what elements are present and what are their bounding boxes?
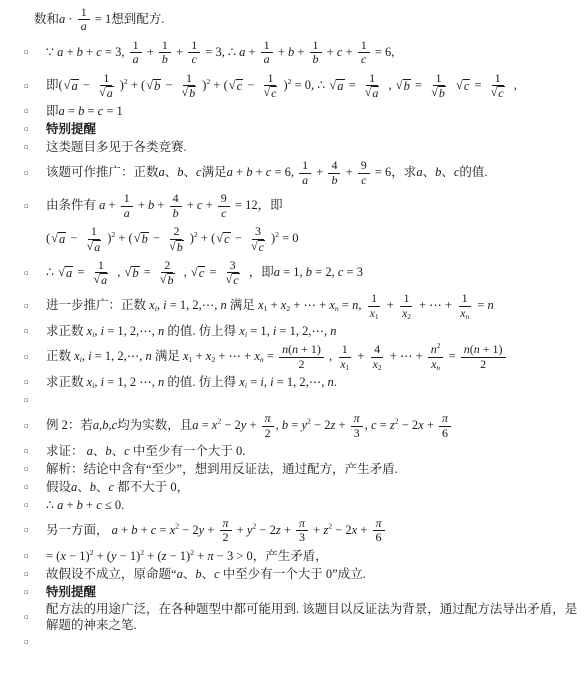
radicand: a [65, 266, 73, 281]
solve-xi-equals-i: ▫求正数 xi, i = 1, 2 ⋯, n 的值. 仿上得 xi = i, i… [24, 374, 581, 391]
line-content: 这类题目多见于各类竞赛. [46, 140, 581, 156]
radical-sign-icon: √ [431, 86, 438, 99]
fraction: 1a [121, 192, 133, 220]
math-var: n [465, 312, 469, 321]
fraction: 3√c [247, 225, 269, 254]
numerator: 1 [121, 192, 133, 206]
text-run: = [198, 418, 211, 432]
radicand: c [258, 240, 265, 254]
denominator: a [261, 53, 273, 66]
sqrt: √c [191, 266, 205, 281]
empty-line: ▫ [24, 392, 581, 409]
text-run: = [377, 418, 390, 432]
text-run: = [247, 375, 260, 389]
numerator: 1 [95, 259, 107, 273]
math-var: c [259, 240, 264, 254]
numerator: π [373, 517, 385, 531]
numerator: 1 [264, 72, 276, 86]
fraction: 9c [218, 192, 230, 220]
radical-sign-icon: √ [329, 79, 336, 92]
text-run: , [181, 265, 190, 279]
numerator: 1 [100, 72, 112, 86]
denominator: x1 [367, 307, 382, 320]
denominator: √a [361, 86, 384, 100]
line-content: 数和a · 1a = 1想到配方. [34, 6, 581, 34]
math-var: π [354, 411, 360, 425]
math-var: a [107, 86, 113, 100]
denominator: x2 [370, 358, 385, 371]
denominator: xn [457, 307, 472, 320]
radical-sign-icon: √ [124, 266, 131, 279]
numerator: n2 [428, 343, 444, 357]
text-run: + ( [144, 549, 161, 563]
radical-sign-icon: √ [226, 273, 233, 286]
small-square-bullet-icon: ▫ [24, 83, 46, 90]
small-square-bullet-icon: ▫ [24, 527, 46, 534]
text-run: + [135, 198, 148, 212]
numerator: 1 [188, 39, 200, 53]
text-run: 求正数 [46, 375, 87, 389]
line-content: 求正数 xi, i = 1, 2,⋯, n 的值. 仿上得 xi = 1, i … [46, 324, 581, 340]
radical-sign-icon: √ [251, 240, 258, 253]
text-run: + ( [115, 231, 132, 245]
denominator: √b [165, 240, 188, 254]
fraction: 1a [299, 159, 311, 187]
denominator: 3 [351, 427, 363, 440]
text-run: − 1) [117, 549, 141, 563]
math-var: a [101, 273, 107, 287]
sqrt: √c [491, 86, 505, 100]
math-var: b [313, 52, 319, 66]
text-run: + [310, 523, 323, 537]
radicand: c [223, 232, 231, 247]
sqrt: √b [146, 79, 161, 94]
proof-step-sum: ▫∵ a + b + c = 3, 1a + 1b + 1c = 3, ∴ a … [24, 37, 581, 69]
derivation-conclusion: ▫∴ √a = 1√a , √b = 2√b , √c = 3√c ，即a = … [24, 257, 581, 290]
text-run: 另一方面， [46, 523, 112, 537]
text-run: + [202, 198, 215, 212]
fraction: 4b [328, 159, 340, 187]
text-run: = 2, [312, 265, 338, 279]
text-run: = 1, 2,⋯, [104, 324, 158, 338]
text-run: = 1, 2,⋯, [167, 298, 221, 312]
text-run: 的值. 仿上得 [164, 375, 239, 389]
text-run: + [267, 298, 280, 312]
numerator: 1 [433, 72, 445, 86]
text-run: = [264, 349, 277, 363]
math-var: b [142, 232, 148, 246]
fraction: 1a [261, 39, 273, 67]
small-square-bullet-icon: ▫ [24, 484, 46, 491]
sqrt: √b [169, 240, 184, 254]
sqrt: √a [87, 240, 102, 254]
text-run: ( [46, 231, 50, 245]
text-run: + [194, 549, 207, 563]
text-run: . [334, 375, 337, 389]
numerator: 1 [492, 72, 504, 86]
text-run: − 2 [221, 418, 241, 432]
math-var: π [265, 411, 271, 425]
text-run: 、 [184, 165, 197, 179]
text-run: = [445, 349, 458, 363]
numerator: 1 [183, 72, 195, 86]
radical-sign-icon: √ [58, 266, 65, 279]
denominator: a [78, 20, 90, 33]
text-run: 2 [164, 258, 170, 272]
radicand: c [236, 79, 244, 94]
numerator: π [296, 517, 308, 531]
math-var: a [66, 266, 72, 280]
denominator: a [121, 207, 133, 220]
text-run: = 0, ∴ [291, 78, 328, 92]
fraction: n(n + 1)2 [279, 343, 324, 371]
text-run: , [511, 78, 517, 92]
text-run: + [83, 45, 96, 59]
line-content: ∴ a + b + c ≤ 0. [46, 498, 581, 514]
text-run: − [150, 231, 163, 245]
text-run: = ( [46, 549, 60, 563]
text-run: = [156, 523, 169, 537]
math-var: a [372, 86, 378, 100]
text-run: − [67, 231, 80, 245]
text-run: + [105, 198, 118, 212]
text-run: 1 [436, 71, 442, 85]
sqrt: √c [229, 79, 243, 94]
text-run: + [233, 165, 246, 179]
text-run: 、 [441, 165, 454, 179]
denominator: b [170, 207, 182, 220]
fraction: π6 [373, 517, 385, 545]
text-run: + [63, 45, 76, 59]
text-run: 即( [46, 78, 63, 92]
line-content: 配方法的用途广泛，在各种题型中都可能用到. 该题目以反证法为背景，通过配方法导出… [46, 602, 581, 633]
denominator: b [310, 53, 322, 66]
derivation-condition: ▫由条件有 a + 1a + b + 4b + c + 9c = 12，即 [24, 190, 581, 222]
text-run: − [80, 78, 93, 92]
text-run: − 2 [332, 523, 352, 537]
text-run: + ⋯ + [387, 349, 426, 363]
text-run: − 1) [166, 549, 190, 563]
radical-sign-icon: √ [169, 240, 176, 253]
text-run: + [342, 165, 355, 179]
text-run: 中至少有一个大于 0”成立. [220, 567, 366, 581]
text-run: + [137, 523, 150, 537]
text-run: ，即 [246, 265, 274, 279]
math-var: c [233, 273, 238, 287]
text-run: 、 [93, 444, 106, 458]
math-var: c [361, 52, 366, 66]
text-run: + [335, 418, 348, 432]
denominator: 2 [262, 427, 274, 440]
radical-sign-icon: √ [491, 86, 498, 99]
radicand: b [131, 266, 139, 281]
text-run: 3 [255, 224, 261, 238]
text-run: = 1, 2,⋯, [276, 324, 330, 338]
line-content: 例 2：若a,b,c均为实数，且a = x2 − 2y + π2, b = y2… [46, 412, 581, 440]
fraction: 1√c [260, 72, 282, 101]
denominator: 2 [477, 358, 489, 371]
text-run: 、 [183, 567, 196, 581]
text-run: + ( [198, 231, 215, 245]
denominator: c [358, 53, 369, 66]
text-run: + [294, 45, 307, 59]
text-run: 都不大于 0， [114, 480, 189, 494]
sqrt: √a [64, 79, 79, 94]
text-run: = 1, 2 ⋯, [104, 375, 158, 389]
text-run: + [63, 498, 76, 512]
text-run: 、 [165, 165, 178, 179]
small-square-bullet-icon: ▫ [24, 270, 46, 277]
text-run: = [474, 298, 487, 312]
denominator: 6 [439, 427, 451, 440]
numerator: 1 [459, 292, 471, 306]
text-run: 1 [342, 342, 348, 356]
radical-sign-icon: √ [51, 232, 58, 245]
denominator: b [159, 53, 171, 66]
denominator: √b [156, 273, 179, 287]
math-var: b [168, 273, 174, 287]
text-run: + 1) [480, 342, 503, 356]
fraction: 1c [358, 39, 370, 67]
text-run: − [162, 78, 175, 92]
sqrt: √b [160, 273, 175, 287]
text-run: 1 [91, 224, 97, 238]
text-run: + 1) [298, 342, 321, 356]
text-run: = [412, 78, 425, 92]
line-content: 假设a、b、c 都不大于 0， [46, 480, 581, 496]
math-var: π [376, 516, 382, 530]
small-square-bullet-icon: ▫ [24, 571, 46, 578]
text-run: − [232, 231, 245, 245]
small-square-bullet-icon: ▫ [24, 328, 46, 335]
math-var: b [189, 86, 195, 100]
denominator: c [218, 207, 229, 220]
text-run: = [141, 265, 154, 279]
sqrt: √a [365, 86, 380, 100]
math-var: n [436, 363, 440, 372]
text-run: 2 [378, 363, 382, 372]
text-run: 数和 [34, 12, 59, 26]
numerator: 1 [159, 39, 171, 53]
radicand: a [93, 240, 101, 254]
fraction: 1x1 [337, 343, 352, 371]
text-run: + [424, 418, 437, 432]
text-run: ∴ [46, 498, 57, 512]
text-run: 1 [267, 71, 273, 85]
line-content: 故假设不成立，原命题“a、b、c 中至少有一个大于 0”成立. [46, 567, 581, 583]
small-square-bullet-icon: ▫ [24, 553, 46, 560]
radical-sign-icon: √ [191, 266, 198, 279]
text-run: 由条件有 [46, 198, 99, 212]
denominator: 2 [220, 531, 232, 544]
text-run: 、 [202, 567, 215, 581]
text-run: 配方法的用途广泛，在各种题型中都可能用到. 该题目以反证法为背景，通过配方法导出… [46, 602, 577, 632]
text-run: 1 [375, 312, 379, 321]
math-var: c [221, 206, 226, 220]
text-run: 均为实数，且 [117, 418, 192, 432]
numerator: 1 [366, 72, 378, 86]
proof-step-squares: ▫即(√a − 1√a)2 + (√b − 1√b)2 + (√c − 1√c)… [24, 70, 581, 103]
denominator: 6 [373, 531, 385, 544]
fraction: 1√b [178, 72, 201, 101]
text-run: − 2 [311, 418, 331, 432]
text-run: − [244, 78, 257, 92]
math-var: a [59, 232, 65, 246]
radical-sign-icon: √ [182, 86, 189, 99]
text-run: = [346, 78, 359, 92]
numerator: 9 [218, 192, 230, 206]
radical-sign-icon: √ [264, 86, 271, 99]
sqrt: √c [456, 79, 470, 94]
radical-sign-icon: √ [64, 79, 71, 92]
radicand: a [336, 79, 344, 94]
radicand: b [176, 240, 184, 254]
fraction: 1c [188, 39, 200, 67]
line-content: 进一步推广：正数 xi, i = 1, 2,⋯, n 满足 x1 + x2 + … [46, 292, 581, 320]
sqrt: √c [264, 86, 278, 100]
numerator: 1 [261, 39, 273, 53]
fraction: 1√a [95, 72, 118, 101]
small-square-bullet-icon: ▫ [24, 448, 46, 455]
sqrt: √b [182, 86, 197, 100]
sqrt: √a [329, 79, 344, 94]
text-run: = [339, 298, 352, 312]
radicand: c [198, 266, 206, 281]
math-var: b [132, 266, 138, 280]
text-run: 即 [46, 104, 59, 118]
small-square-bullet-icon: ▫ [24, 144, 46, 151]
denominator: √a [90, 273, 113, 287]
superscript: 2 [437, 341, 441, 350]
numerator: 2 [170, 225, 182, 239]
text-run: + [324, 45, 337, 59]
fraction: 1√a [361, 72, 384, 101]
text-run: ≤ 0. [102, 498, 125, 512]
text-run: 1 [81, 5, 87, 19]
text-run: + [192, 349, 205, 363]
small-square-bullet-icon: ▫ [24, 502, 46, 509]
text-run: = [74, 265, 87, 279]
text-run [452, 78, 455, 92]
math-var: a [133, 52, 139, 66]
text-run: 进一步推广：正数 [46, 298, 149, 312]
analysis: ▫解析：结论中含有“至少”，想到用反证法，通过配方，产生矛盾. [24, 461, 581, 478]
radical-sign-icon: √ [216, 232, 223, 245]
math-var: c [192, 52, 197, 66]
text-run: · [65, 12, 75, 26]
radicand: b [403, 79, 411, 94]
text-run: + ⋯ + [416, 298, 455, 312]
numerator: 2 [161, 259, 173, 273]
sqrt: √a [99, 86, 114, 100]
sqrt: √b [396, 79, 411, 94]
math-var: c [271, 86, 276, 100]
math-var: a [72, 79, 78, 93]
text-run: 2 [298, 357, 304, 371]
text-run: 求证： [46, 444, 87, 458]
radical-sign-icon: √ [396, 79, 403, 92]
text-run: + ( [128, 78, 145, 92]
math-var: n [487, 298, 493, 312]
text-run: + [184, 198, 197, 212]
text-run: = 1想到配方. [92, 12, 165, 26]
text-run: 1 [403, 291, 409, 305]
generalization-weighted: ▫正数 xi, i = 1, 2,⋯, n 满足 x1 + x2 + ⋯ + x… [24, 341, 581, 373]
radical-sign-icon: √ [134, 232, 141, 245]
text-run: 1 [495, 71, 501, 85]
small-square-bullet-icon: ▫ [24, 639, 46, 646]
numerator: n(n + 1) [461, 343, 506, 357]
text-run: 中至少有一个大于 0. [130, 444, 246, 458]
radicand: b [438, 86, 446, 100]
text-run: − 2 [256, 523, 276, 537]
math-var: b [154, 79, 160, 93]
math-var: c [361, 173, 366, 187]
fraction: 2√b [156, 259, 179, 288]
text-run: 1 [302, 158, 308, 172]
radicand: c [232, 273, 239, 287]
text-run: = 1, [247, 324, 273, 338]
fraction: π2 [262, 412, 274, 440]
example-2: ▫例 2：若a,b,c均为实数，且a = x2 − 2y + π2, b = y… [24, 410, 581, 442]
radical-sign-icon: √ [160, 273, 167, 286]
sqrt: √c [251, 240, 265, 254]
small-square-bullet-icon: ▫ [24, 423, 46, 430]
numerator: 9 [358, 159, 370, 173]
math-var: n [330, 324, 336, 338]
text-run: 2 [173, 224, 179, 238]
text-run: + [354, 349, 367, 363]
denominator: √c [487, 86, 509, 100]
text-run: − 2 [179, 523, 199, 537]
numerator: 1 [400, 292, 412, 306]
text-run: = 1, [280, 265, 306, 279]
text-run: 2 [223, 530, 229, 544]
subscript: 2 [407, 312, 411, 321]
denominator: √a [95, 86, 118, 100]
fraction: 3√c [222, 259, 244, 288]
line-content: 正数 xi, i = 1, 2,⋯, n 满足 x1 + x2 + ⋯ + xn… [46, 343, 581, 371]
fraction: π3 [296, 517, 308, 545]
radical-sign-icon: √ [146, 79, 153, 92]
line-content: ∵ a + b + c = 3, 1a + 1b + 1c = 3, ∴ a +… [46, 39, 581, 67]
sqrt: √c [226, 273, 240, 287]
radicand: a [106, 86, 114, 100]
empty-line-2: ▫ [24, 634, 581, 651]
fraction: 4b [170, 192, 182, 220]
text-run: 1 [371, 291, 377, 305]
text-run: − 3 > 0，产生矛盾， [214, 549, 328, 563]
text-run: 9 [361, 158, 367, 172]
numerator: 1 [299, 159, 311, 173]
denominator: √b [427, 86, 450, 100]
radical-sign-icon: √ [456, 79, 463, 92]
small-square-bullet-icon: ▫ [24, 49, 46, 56]
text-run: 3 [230, 258, 236, 272]
numerator: 1 [88, 225, 100, 239]
line-content: 特别提醒 [46, 122, 581, 138]
text-run: = 3 [343, 265, 363, 279]
text-run: + ⋯ + [290, 298, 329, 312]
denominator: b [328, 174, 340, 187]
text-run: + [234, 523, 247, 537]
numerator: 1 [339, 343, 351, 357]
expansion-positive: ▫= (x − 1)2 + (y − 1)2 + (z − 1)2 + π − … [24, 548, 581, 565]
text-run: + [154, 198, 167, 212]
text-run: = 3, ∴ [202, 45, 239, 59]
denominator: c [358, 174, 369, 187]
math-var: c [224, 232, 230, 246]
